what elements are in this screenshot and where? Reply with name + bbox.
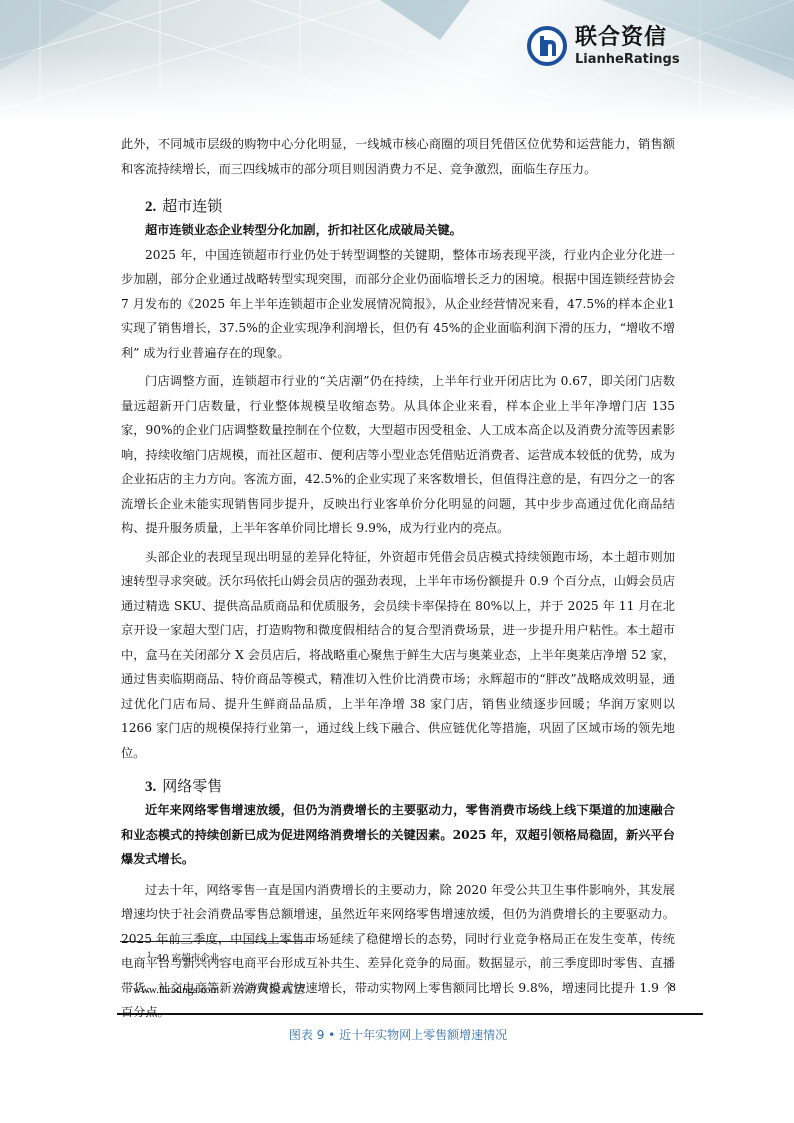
paragraph: 2025 年，中国连锁超市行业仍处于转型调整的关键期，整体市场表现平淡，行业内企…: [121, 243, 675, 366]
section-number: 3.: [145, 779, 156, 795]
section-title: 超市连锁: [162, 197, 222, 215]
footer-website-link[interactable]: www.lhratings.com: [133, 984, 219, 996]
paragraph: 门店调整方面，连锁超市行业的“关店潮”仍在持续，上半年行业开闭店比为 0.67，…: [121, 369, 675, 541]
paragraph: 头部企业的表现呈现出明显的差异化特征，外资超市凭借会员店模式持续领跑市场，本土超…: [121, 545, 675, 766]
footnote: 140 家超市企业。: [147, 950, 229, 964]
section-title: 网络零售: [162, 777, 222, 795]
page-footer: www.lhratings.com信用风险展望 8: [133, 981, 676, 997]
footer-publication: 信用风险展望: [233, 983, 305, 996]
logo-chinese-name: 联合资信: [575, 27, 680, 49]
section-lead: 超市连锁业态企业转型分化加剧，折扣社区化成破局关键。: [121, 218, 675, 243]
document-body: 此外，不同城市层级的购物中心分化明显，一线城市核心商圈的项目凭借区位优势和运营能…: [121, 132, 675, 1045]
figure-caption: 图表 9 • 近十年实物网上零售额增速情况: [121, 1025, 675, 1045]
company-logo: 联合资信 LianheRatings: [527, 24, 680, 68]
header-banner: 联合资信 LianheRatings: [0, 0, 794, 120]
section-heading-online-retail: 3.网络零售: [145, 775, 675, 798]
footnote-text: 40 家超市企业。: [156, 953, 228, 964]
section-heading-supermarket: 2.超市连锁: [145, 195, 675, 218]
page-number: 8: [669, 981, 676, 997]
footnote-marker: 1: [147, 951, 151, 959]
footnote-divider: [120, 941, 313, 942]
intro-paragraph: 此外，不同城市层级的购物中心分化明显，一线城市核心商圈的项目凭借区位优势和运营能…: [121, 132, 675, 181]
section-number: 2.: [145, 199, 156, 215]
section-lead: 近年来网络零售增速放缓，但仍为消费增长的主要驱动力，零售消费市场线上线下渠道的加…: [121, 798, 675, 872]
logo-english-name: LianheRatings: [575, 53, 680, 66]
lianhe-logo-icon: [527, 26, 567, 66]
footer-divider: [117, 1013, 703, 1015]
